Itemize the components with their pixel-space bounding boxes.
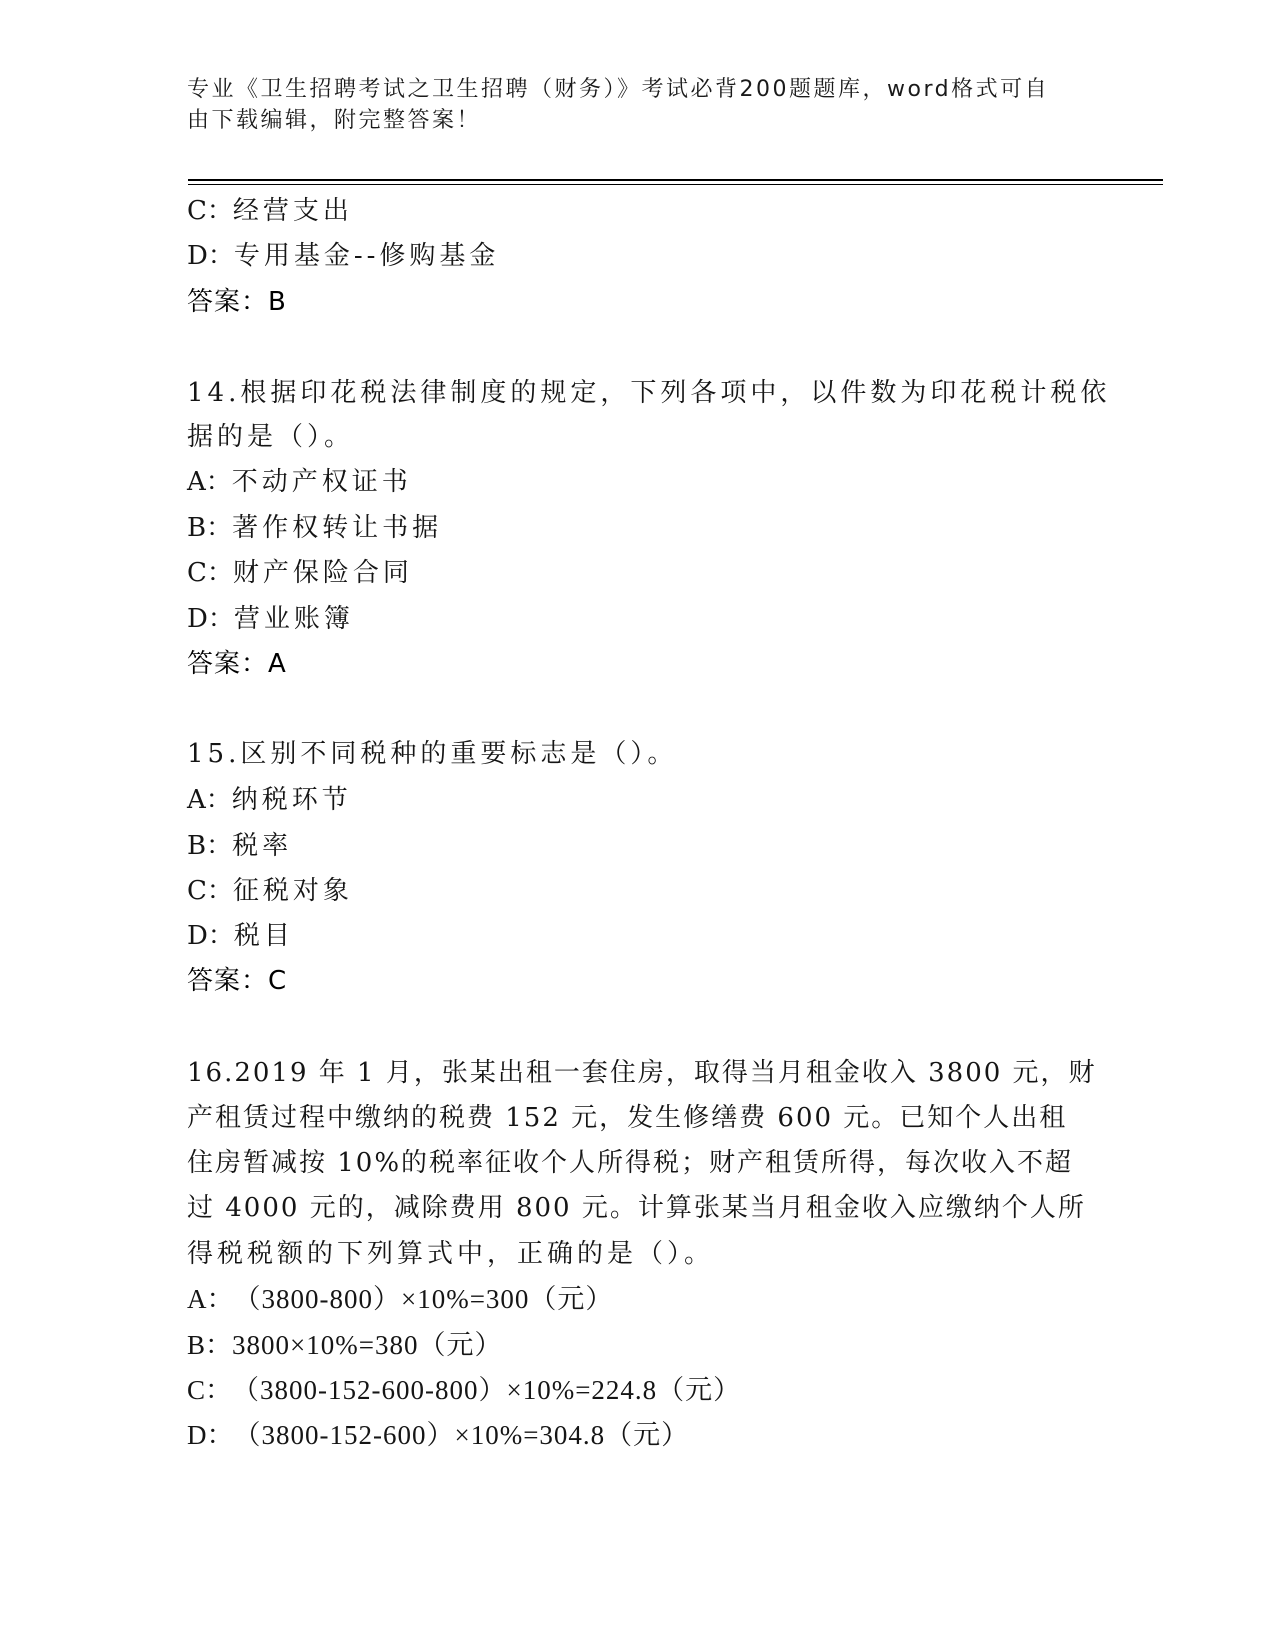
option-text: 税率 bbox=[232, 831, 292, 861]
q16-option-c: C：（3800-152-600-800）×10%=224.8（元） bbox=[187, 1374, 741, 1406]
q15-option-a: A：纳税环节 bbox=[187, 784, 352, 816]
header-divider-top bbox=[188, 179, 1163, 181]
q16-stem-line-1: 16.2019 年 1 月，张某出租一套住房，取得当月租金收入 3800 元，财 bbox=[187, 1057, 1097, 1089]
q15-stem-line-1: 15.区别不同税种的重要标志是（）。 bbox=[187, 738, 677, 770]
q15-option-d: D：税目 bbox=[187, 920, 294, 952]
option-text: 营业账簿 bbox=[234, 604, 354, 634]
option-text: 纳税环节 bbox=[232, 785, 352, 815]
option-label: C： bbox=[187, 195, 233, 227]
q16-stem-line-4: 过 4000 元的，减除费用 800 元。计算张某当月租金收入应缴纳个人所 bbox=[187, 1192, 1086, 1224]
q14-option-a: A：不动产权证书 bbox=[187, 466, 412, 498]
option-label: A： bbox=[187, 784, 232, 816]
q14-stem-line-1: 14.根据印花税法律制度的规定，下列各项中，以件数为印花税计税依 bbox=[187, 377, 1110, 409]
q15-option-c: C：征税对象 bbox=[187, 875, 353, 907]
option-label: A： bbox=[187, 466, 232, 498]
option-text: 不动产权证书 bbox=[232, 467, 412, 497]
option-text: （3800-800）×10%=300（元） bbox=[234, 1284, 614, 1314]
document-header: 专业《卫生招聘考试之卫生招聘（财务）》考试必背200题题库，word格式可自 由… bbox=[187, 74, 1067, 136]
header-divider-bottom bbox=[188, 184, 1163, 185]
q14-option-c: C：财产保险合同 bbox=[187, 557, 413, 589]
option-text: （3800-152-600）×10%=304.8（元） bbox=[234, 1420, 690, 1450]
q15-option-b: B：税率 bbox=[187, 830, 292, 862]
q13-option-d: D：专用基金--修购基金 bbox=[187, 240, 499, 272]
header-line-1: 专业《卫生招聘考试之卫生招聘（财务）》考试必背200题题库，word格式可自 bbox=[187, 74, 1067, 105]
q16-option-a: A：（3800-800）×10%=300（元） bbox=[187, 1283, 613, 1315]
option-label: C： bbox=[187, 557, 233, 589]
q14-option-b: B：著作权转让书据 bbox=[187, 512, 442, 544]
option-text: 财产保险合同 bbox=[233, 558, 413, 588]
q16-option-d: D：（3800-152-600）×10%=304.8（元） bbox=[187, 1419, 689, 1451]
q13-option-c: C：经营支出 bbox=[187, 195, 353, 227]
option-text: 专用基金--修购基金 bbox=[234, 241, 500, 271]
option-label: D： bbox=[187, 1419, 234, 1451]
q16-stem-line-2: 产租赁过程中缴纳的税费 152 元，发生修缮费 600 元。已知个人出租 bbox=[187, 1102, 1067, 1134]
q14-answer: 答案：A bbox=[187, 648, 287, 680]
option-label: D： bbox=[187, 920, 234, 952]
option-label: D： bbox=[187, 603, 234, 635]
option-text: （3800-152-600-800）×10%=224.8（元） bbox=[232, 1375, 741, 1405]
option-label: C： bbox=[187, 1374, 232, 1406]
option-text: 税目 bbox=[234, 921, 294, 951]
header-line-2: 由下载编辑，附完整答案！ bbox=[187, 105, 1067, 136]
document-page: 专业《卫生招聘考试之卫生招聘（财务）》考试必背200题题库，word格式可自 由… bbox=[0, 0, 1275, 1650]
q14-stem-line-2: 据的是（）。 bbox=[187, 421, 354, 453]
option-label: C： bbox=[187, 875, 233, 907]
q16-stem-line-3: 住房暂减按 10%的税率征收个人所得税；财产租赁所得，每次收入不超 bbox=[187, 1147, 1073, 1179]
q16-stem-line-5: 得税税额的下列算式中，正确的是（）。 bbox=[187, 1238, 714, 1270]
q13-answer: 答案：B bbox=[187, 286, 287, 318]
option-text: 征税对象 bbox=[233, 876, 353, 906]
q16-option-b: B：3800×10%=380（元） bbox=[187, 1329, 502, 1361]
q14-option-d: D：营业账簿 bbox=[187, 603, 354, 635]
option-text: 经营支出 bbox=[233, 196, 353, 226]
option-label: B： bbox=[187, 512, 232, 544]
option-label: B： bbox=[187, 1329, 232, 1361]
option-label: D： bbox=[187, 240, 234, 272]
option-text: 3800×10%=380（元） bbox=[232, 1330, 502, 1360]
option-label: A： bbox=[187, 1283, 234, 1315]
option-text: 著作权转让书据 bbox=[232, 513, 442, 543]
option-label: B： bbox=[187, 830, 232, 862]
q15-answer: 答案：C bbox=[187, 965, 287, 997]
